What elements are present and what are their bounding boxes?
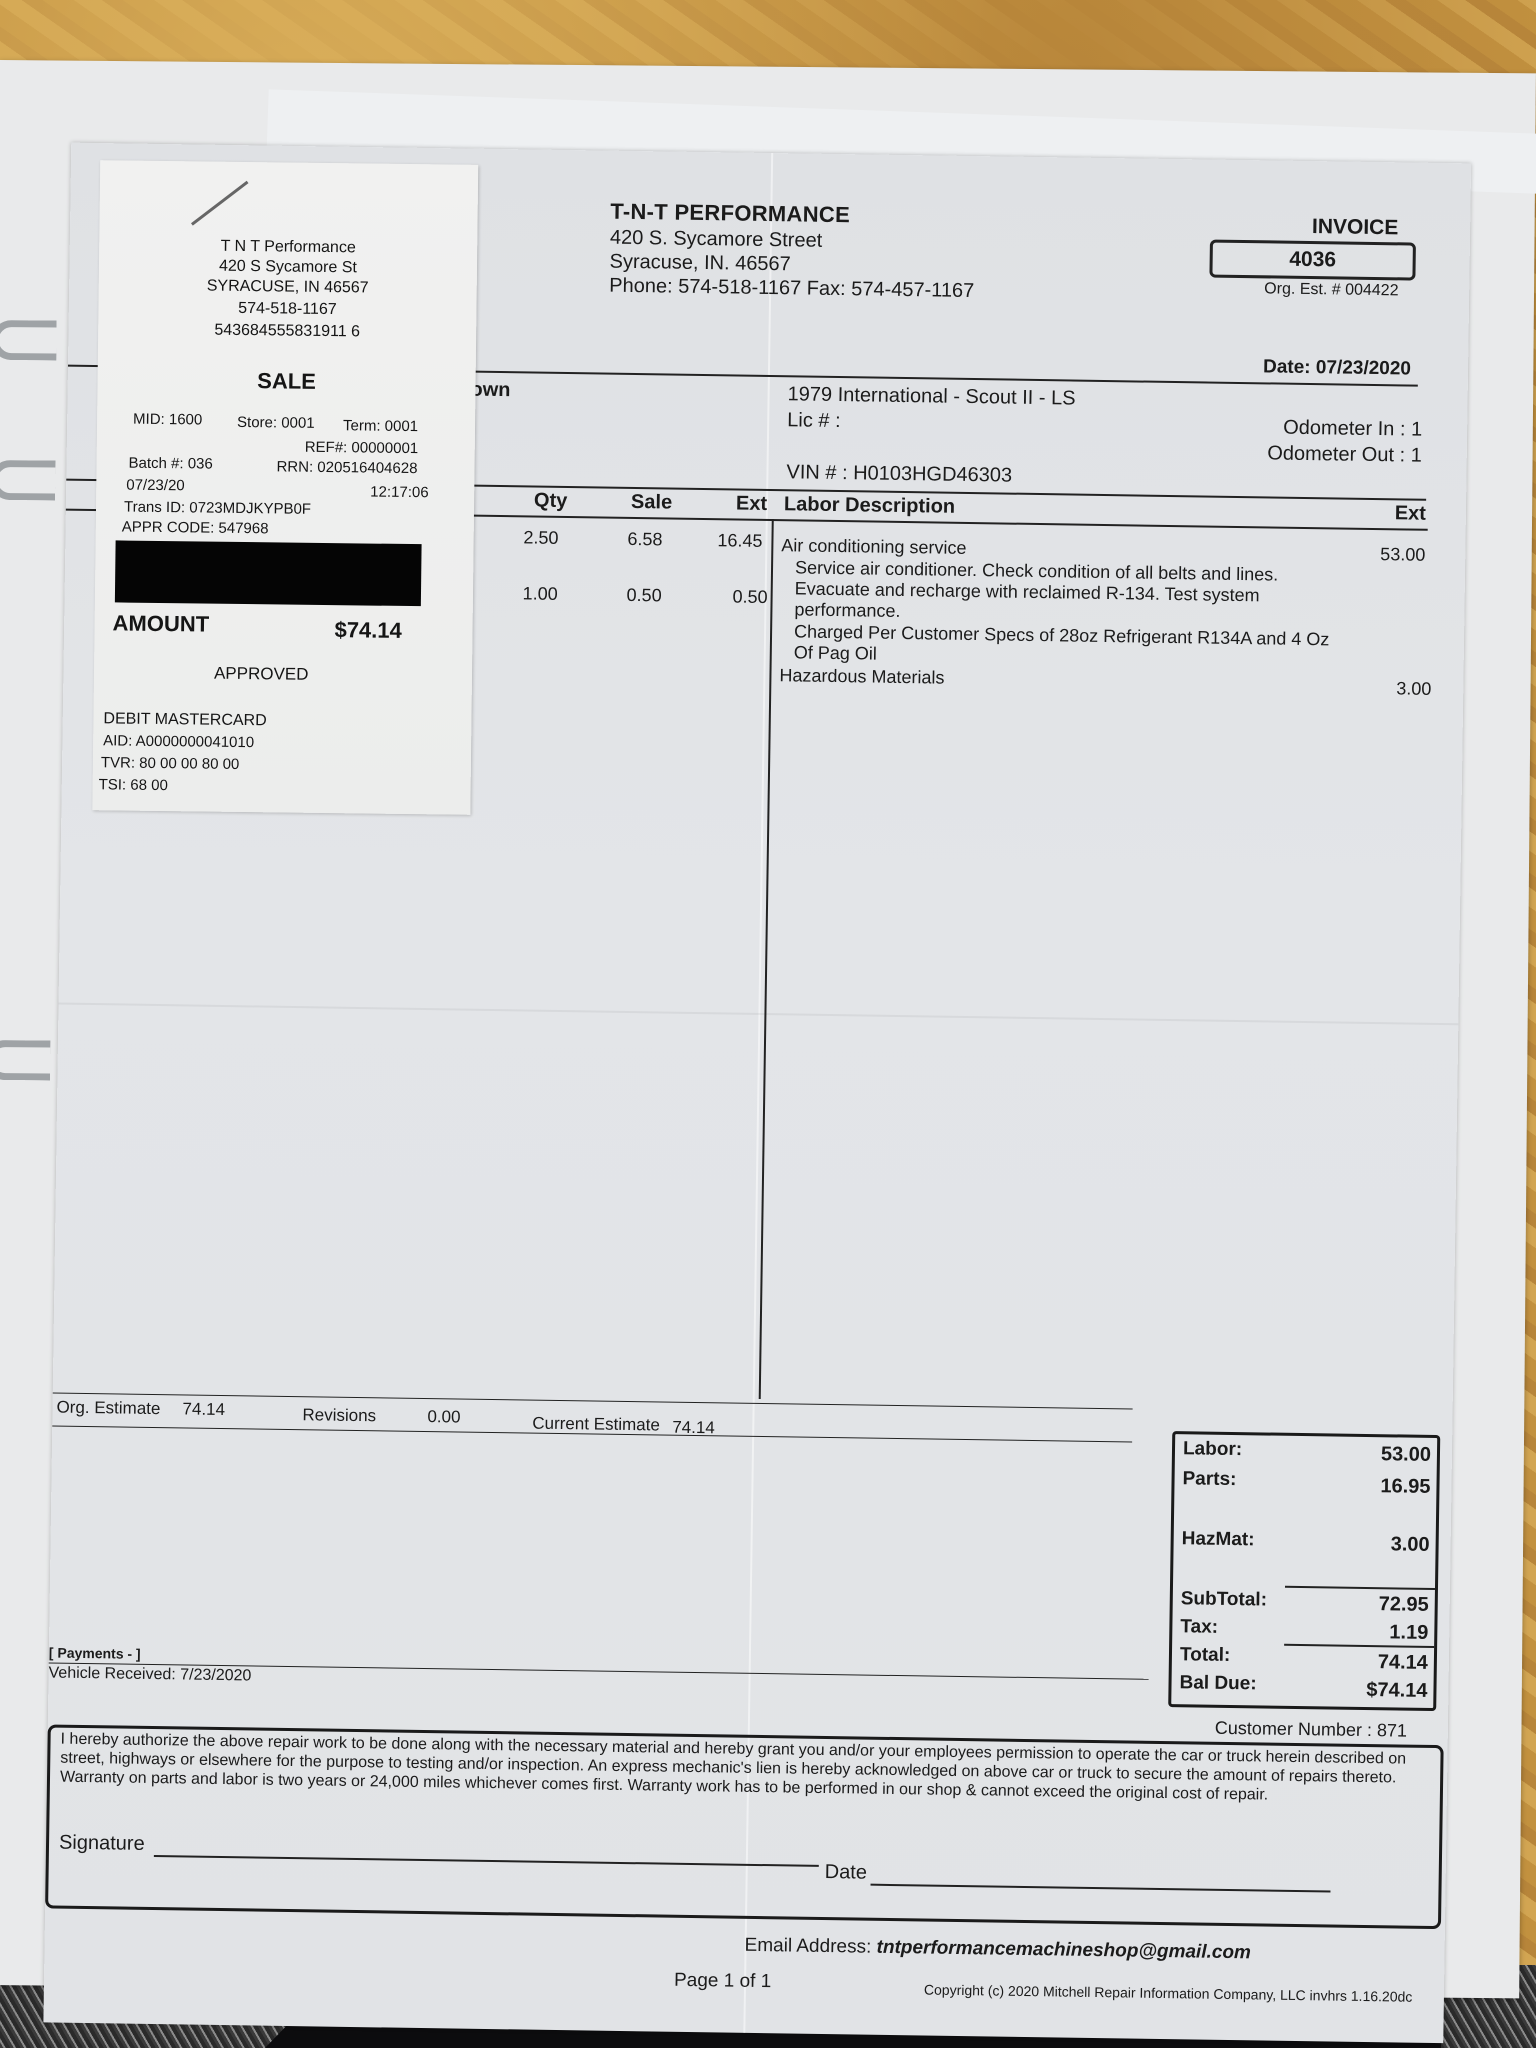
totals-box: Labor: 53.00 Parts: 16.95 HazMat: 3.00 S… <box>1168 1431 1440 1711</box>
parts-total-value: 16.95 <box>1380 1475 1430 1499</box>
labor-ext: 3.00 <box>1396 678 1431 700</box>
page-number: Page 1 of 1 <box>674 1970 772 1993</box>
parts-total-label: Parts: <box>1182 1468 1236 1491</box>
email-address: tntperformancemachineshop@gmail.com <box>876 1937 1251 1964</box>
receipt-amount-label: AMOUNT <box>112 610 209 637</box>
receipt-amount-value: $74.14 <box>334 617 402 644</box>
odometer-in: Odometer In : 1 <box>1283 417 1422 442</box>
labor-detail: Of Pag Oil <box>794 642 877 664</box>
shop-address: 420 S. Sycamore Street <box>610 227 823 253</box>
vehicle-received: Vehicle Received: 7/23/2020 <box>48 1664 251 1685</box>
shop-name: T-N-T PERFORMANCE <box>610 199 850 229</box>
receipt-rrn: RRN: 020516404628 <box>276 458 417 477</box>
receipt-trans-id: Trans ID: 0723MDJKYPB0F <box>124 499 311 518</box>
date-label: Date <box>825 1861 868 1885</box>
org-estimate-value: 74.14 <box>182 1399 225 1420</box>
header-labor-description: Labor Description <box>784 493 955 519</box>
receipt-aid: AID: A0000000041010 <box>103 732 254 751</box>
subtotal-label: SubTotal: <box>1181 1588 1268 1611</box>
receipt-tsi: TSI: 68 00 <box>99 776 168 794</box>
receipt-term: Term: 0001 <box>343 417 418 435</box>
receipt-status: APPROVED <box>214 664 309 685</box>
vin-number: VIN # : H0103HGD46303 <box>786 461 1012 487</box>
card-receipt: T N T Performance 420 S Sycamore St SYRA… <box>92 160 478 815</box>
email-label: Email Address: <box>744 1935 871 1958</box>
header-ext: Ext <box>736 493 767 516</box>
org-est-number: Org. Est. # 004422 <box>1264 280 1399 300</box>
tax-value: 1.19 <box>1389 1621 1428 1645</box>
receipt-tvr: TVR: 80 00 00 80 00 <box>101 754 240 773</box>
signature-field[interactable] <box>154 1855 819 1867</box>
customer-number: Customer Number : 871 <box>1215 1718 1407 1742</box>
vehicle-description: 1979 International - Scout II - LS <box>787 383 1075 410</box>
divider <box>1285 1586 1435 1590</box>
receipt-phone: 574-518-1167 <box>98 298 476 321</box>
part-ext: 16.45 <box>717 530 762 552</box>
staple-icon <box>191 181 249 226</box>
part-sale: 0.50 <box>626 585 661 607</box>
invoice-number: 4036 <box>1209 240 1416 281</box>
total-value: 74.14 <box>1378 1651 1428 1675</box>
labor-title: Hazardous Materials <box>779 665 944 688</box>
invoice-date: Date: 07/23/2020 <box>1263 356 1411 380</box>
receipt-mid: MID: 1600 <box>133 411 202 429</box>
copyright: Copyright (c) 2020 Mitchell Repair Infor… <box>924 1981 1413 2004</box>
email-line: Email Address: tntperformancemachineshop… <box>744 1935 1251 1965</box>
shop-city: Syracuse, IN. 46567 <box>609 251 791 277</box>
binder-ring-icon <box>0 1040 50 1081</box>
receipt-shop-name: T N T Performance <box>99 236 477 259</box>
labor-total-value: 53.00 <box>1381 1443 1431 1467</box>
receipt-transaction-type: SALE <box>97 366 475 397</box>
part-ext: 0.50 <box>732 586 767 608</box>
subtotal-value: 72.95 <box>1379 1593 1429 1617</box>
receipt-time: 12:17:06 <box>370 484 429 502</box>
authorization-box: I hereby authorize the above repair work… <box>45 1724 1444 1929</box>
part-qty: 2.50 <box>523 527 558 549</box>
labor-detail: performance. <box>794 599 900 622</box>
header-labor-ext: Ext <box>1395 502 1426 525</box>
balance-due-value: $74.14 <box>1366 1679 1428 1703</box>
hazmat-total-value: 3.00 <box>1391 1533 1430 1557</box>
part-sale: 6.58 <box>627 529 662 551</box>
redacted-card-number <box>115 540 422 606</box>
receipt-store: Store: 0001 <box>237 414 315 432</box>
receipt-address: 420 S Sycamore St <box>99 256 477 279</box>
license-number: Lic # : <box>787 409 841 433</box>
header-qty: Qty <box>534 490 568 513</box>
revisions-label: Revisions <box>302 1405 376 1426</box>
odometer-out: Odometer Out : 1 <box>1267 442 1422 467</box>
labor-title: Air conditioning service <box>781 535 966 559</box>
total-label: Total: <box>1180 1644 1231 1667</box>
shop-phone: Phone: 574-518-1167 Fax: 574-457-1167 <box>609 275 974 303</box>
authorization-text: I hereby authorize the above repair work… <box>60 1730 1431 1807</box>
invoice-title: INVOICE <box>1270 214 1440 241</box>
receipt-ref: REF#: 00000001 <box>305 439 419 457</box>
part-qty: 1.00 <box>522 583 557 605</box>
receipt-card-type: DEBIT MASTERCARD <box>103 710 266 730</box>
payments-label: [ Payments - ] <box>49 1644 141 1661</box>
org-estimate-label: Org. Estimate <box>56 1398 160 1420</box>
receipt-date: 07/23/20 <box>126 477 185 495</box>
hazmat-total-label: HazMat: <box>1182 1528 1255 1551</box>
binder-ring-icon <box>0 460 56 501</box>
header-sale: Sale <box>631 491 672 515</box>
date-field[interactable] <box>871 1884 1331 1893</box>
signature-label: Signature <box>59 1832 145 1856</box>
labor-ext: 53.00 <box>1380 544 1425 566</box>
tax-label: Tax: <box>1180 1616 1218 1639</box>
balance-due-label: Bal Due: <box>1179 1672 1256 1695</box>
receipt-city: SYRACUSE, IN 46567 <box>99 276 477 299</box>
receipt-batch: Batch #: 036 <box>128 455 212 473</box>
receipt-approval-code: APPR CODE: 547968 <box>122 519 269 538</box>
receipt-merchant-number: 543684555831911 6 <box>98 320 476 343</box>
binder: T-N-T PERFORMANCE 420 S. Sycamore Street… <box>0 60 1536 1998</box>
binder-ring-icon <box>0 320 57 361</box>
labor-total-label: Labor: <box>1183 1438 1242 1461</box>
revisions-value: 0.00 <box>427 1407 460 1427</box>
